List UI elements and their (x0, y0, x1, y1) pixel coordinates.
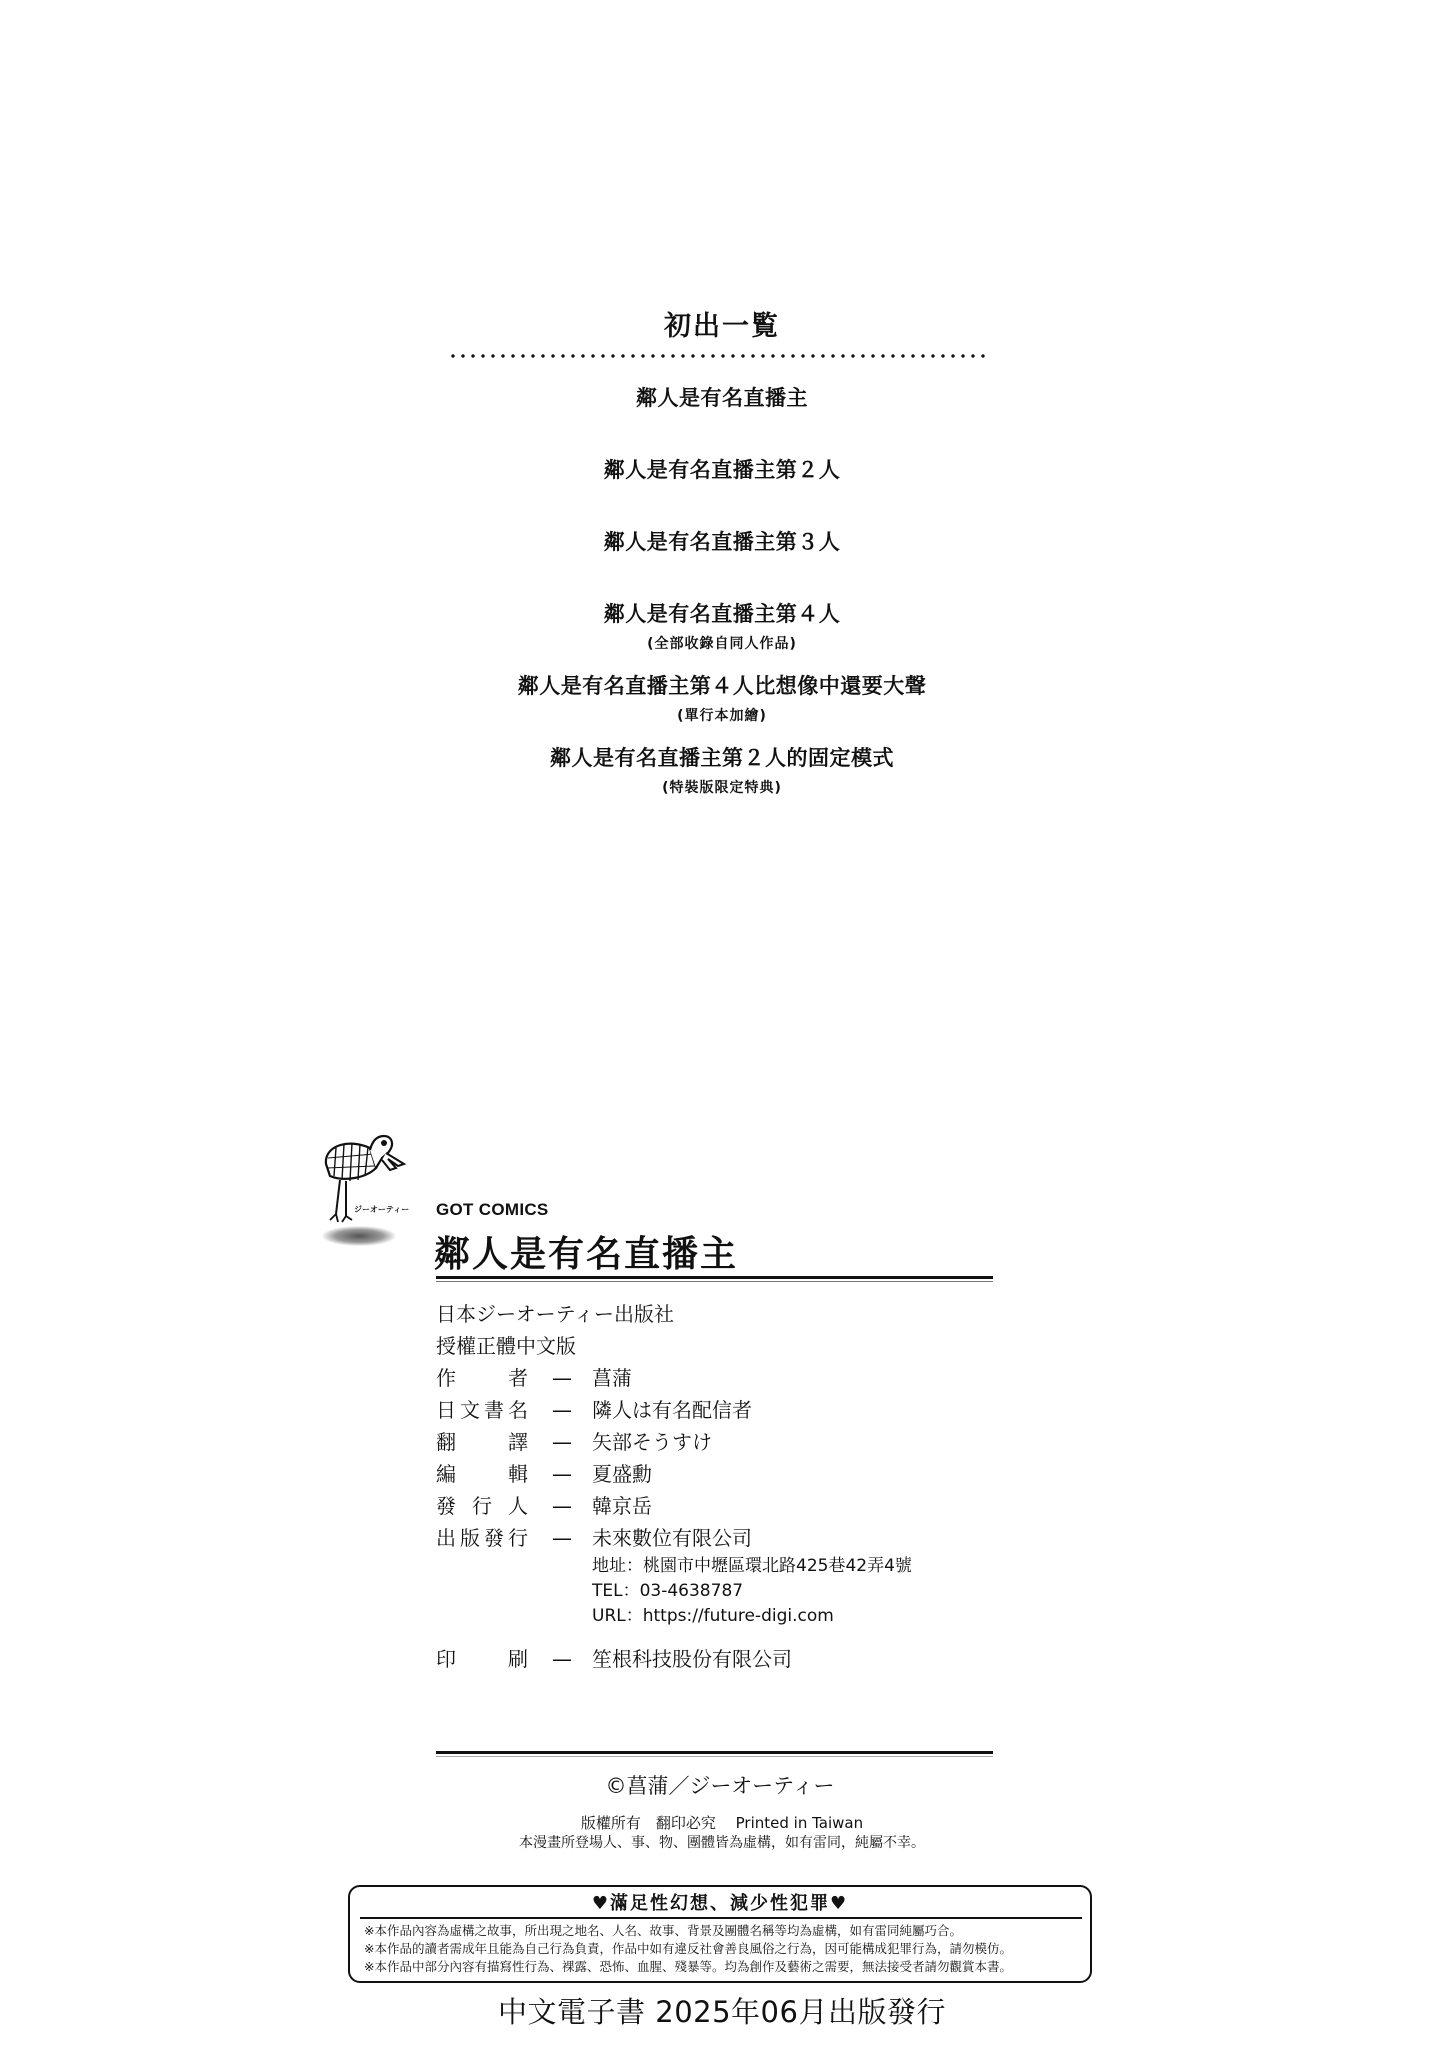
warning-divider (360, 1917, 1082, 1919)
toc-entry: 鄰人是有名直播主第２人 (0, 454, 1444, 484)
credit-dash: — (552, 1490, 572, 1522)
credit-value: 笙根科技股份有限公司 (592, 1643, 792, 1675)
credit-author: 作 者 — 菖蒲 (436, 1362, 1036, 1394)
content-warning-box: ♥滿足性幻想、減少性犯罪♥ ※本作品內容為虛構之故事，所出現之地名、人名、故事、… (348, 1885, 1092, 1983)
credit-printer: 印 刷 — 笙根科技股份有限公司 (436, 1643, 1036, 1675)
license-note: 授權正體中文版 (436, 1334, 576, 1358)
credit-value: 未來數位有限公司 (592, 1522, 752, 1554)
credit-value: 矢部そうすけ (592, 1426, 712, 1458)
copyright-rule-thin (436, 1756, 993, 1757)
toc-entry: 鄰人是有名直播主 (0, 382, 1444, 412)
credit-editor: 編 輯 — 夏盛勳 (436, 1458, 1036, 1490)
warning-title: ♥滿足性幻想、減少性犯罪♥ (350, 1889, 1090, 1915)
credit-value: 夏盛勳 (592, 1458, 652, 1490)
toc-entry: 鄰人是有名直播主第２人的固定模式 (0, 742, 1444, 772)
credit-dash: — (552, 1522, 572, 1554)
toc-entry-note: (特裝版限定特典) (0, 777, 1444, 797)
credit-dash: — (552, 1458, 572, 1490)
title-rule (436, 1276, 993, 1279)
credit-label: 作 者 (436, 1362, 528, 1394)
credits-block: 日本ジーオーティー出版社 授權正體中文版 作 者 — 菖蒲 日文書名 — 隣人は… (436, 1298, 1036, 1675)
credit-label: 發行人 (436, 1490, 528, 1522)
credit-label: 翻 譯 (436, 1426, 528, 1458)
book-title: 鄰人是有名直播主 (434, 1226, 738, 1277)
credit-publisher: 出版發行 — 未來數位有限公司 (436, 1522, 1036, 1554)
credit-translator: 翻 譯 — 矢部そうすけ (436, 1426, 1036, 1458)
ebook-publication-date: 中文電子書 2025年06月出版發行 (0, 1990, 1444, 2031)
toc-entry-note: (全部收錄自同人作品) (0, 633, 1444, 653)
warning-line: ※本作品中部分內容有描寫性行為、裸露、恐怖、血腥、殘暴等。均為創作及藝術之需要，… (364, 1958, 1012, 1976)
fiction-notice: 本漫畫所登場人、事、物、團體皆為虛構，如有雷同，純屬不幸。 (0, 1832, 1444, 1852)
imprint-label: GOT COMICS (436, 1200, 549, 1220)
credit-value: 隣人は有名配信者 (592, 1394, 752, 1426)
logo-caption: ジーオーティー (354, 1204, 409, 1215)
credit-dash: — (552, 1362, 572, 1394)
bird-mascot-icon: ジーオーティー (318, 1126, 408, 1251)
credit-label: 印 刷 (436, 1643, 528, 1675)
publisher-url: URL：https://future-digi.com (592, 1604, 834, 1629)
credit-label: 日文書名 (436, 1394, 528, 1426)
rights-reserved: 版權所有 翻印必究 Printed in Taiwan (0, 1812, 1444, 1833)
dotted-divider (448, 354, 986, 358)
publisher-jp: 日本ジーオーティー出版社 (436, 1302, 674, 1326)
title-rule-thin (436, 1281, 993, 1282)
credit-value: 韓京岳 (592, 1490, 652, 1522)
credit-original-title: 日文書名 — 隣人は有名配信者 (436, 1394, 1036, 1426)
credit-dash: — (552, 1394, 572, 1426)
first-appearance-heading: 初出一覧 (0, 304, 1444, 343)
credit-issuer: 發行人 — 韓京岳 (436, 1490, 1036, 1522)
credit-value: 菖蒲 (592, 1362, 632, 1394)
credit-dash: — (552, 1426, 572, 1458)
warning-line: ※本作品內容為虛構之故事，所出現之地名、人名、故事、背景及團體名稱等均為虛構，如… (364, 1922, 1012, 1940)
credit-label: 出版發行 (436, 1522, 528, 1554)
publisher-address: 地址：桃園市中壢區環北路425巷42弄4號 (592, 1554, 912, 1579)
toc-entry: 鄰人是有名直播主第３人 (0, 526, 1444, 556)
toc-entry: 鄰人是有名直播主第４人 (0, 598, 1444, 628)
copyright-line: ©菖蒲／ジーオーティー (0, 1770, 1442, 1800)
publisher-tel: TEL：03-4638787 (592, 1579, 743, 1604)
credit-label: 編 輯 (436, 1458, 528, 1490)
toc-entry-note: (單行本加繪) (0, 705, 1444, 725)
copyright-rule (436, 1751, 993, 1754)
warning-line: ※本作品的讀者需成年且能為自己行為負責，作品中如有違反社會善良風俗之行為，因可能… (364, 1940, 1012, 1958)
credit-dash: — (552, 1643, 572, 1675)
toc-entry: 鄰人是有名直播主第４人比想像中還要大聲 (0, 670, 1444, 700)
